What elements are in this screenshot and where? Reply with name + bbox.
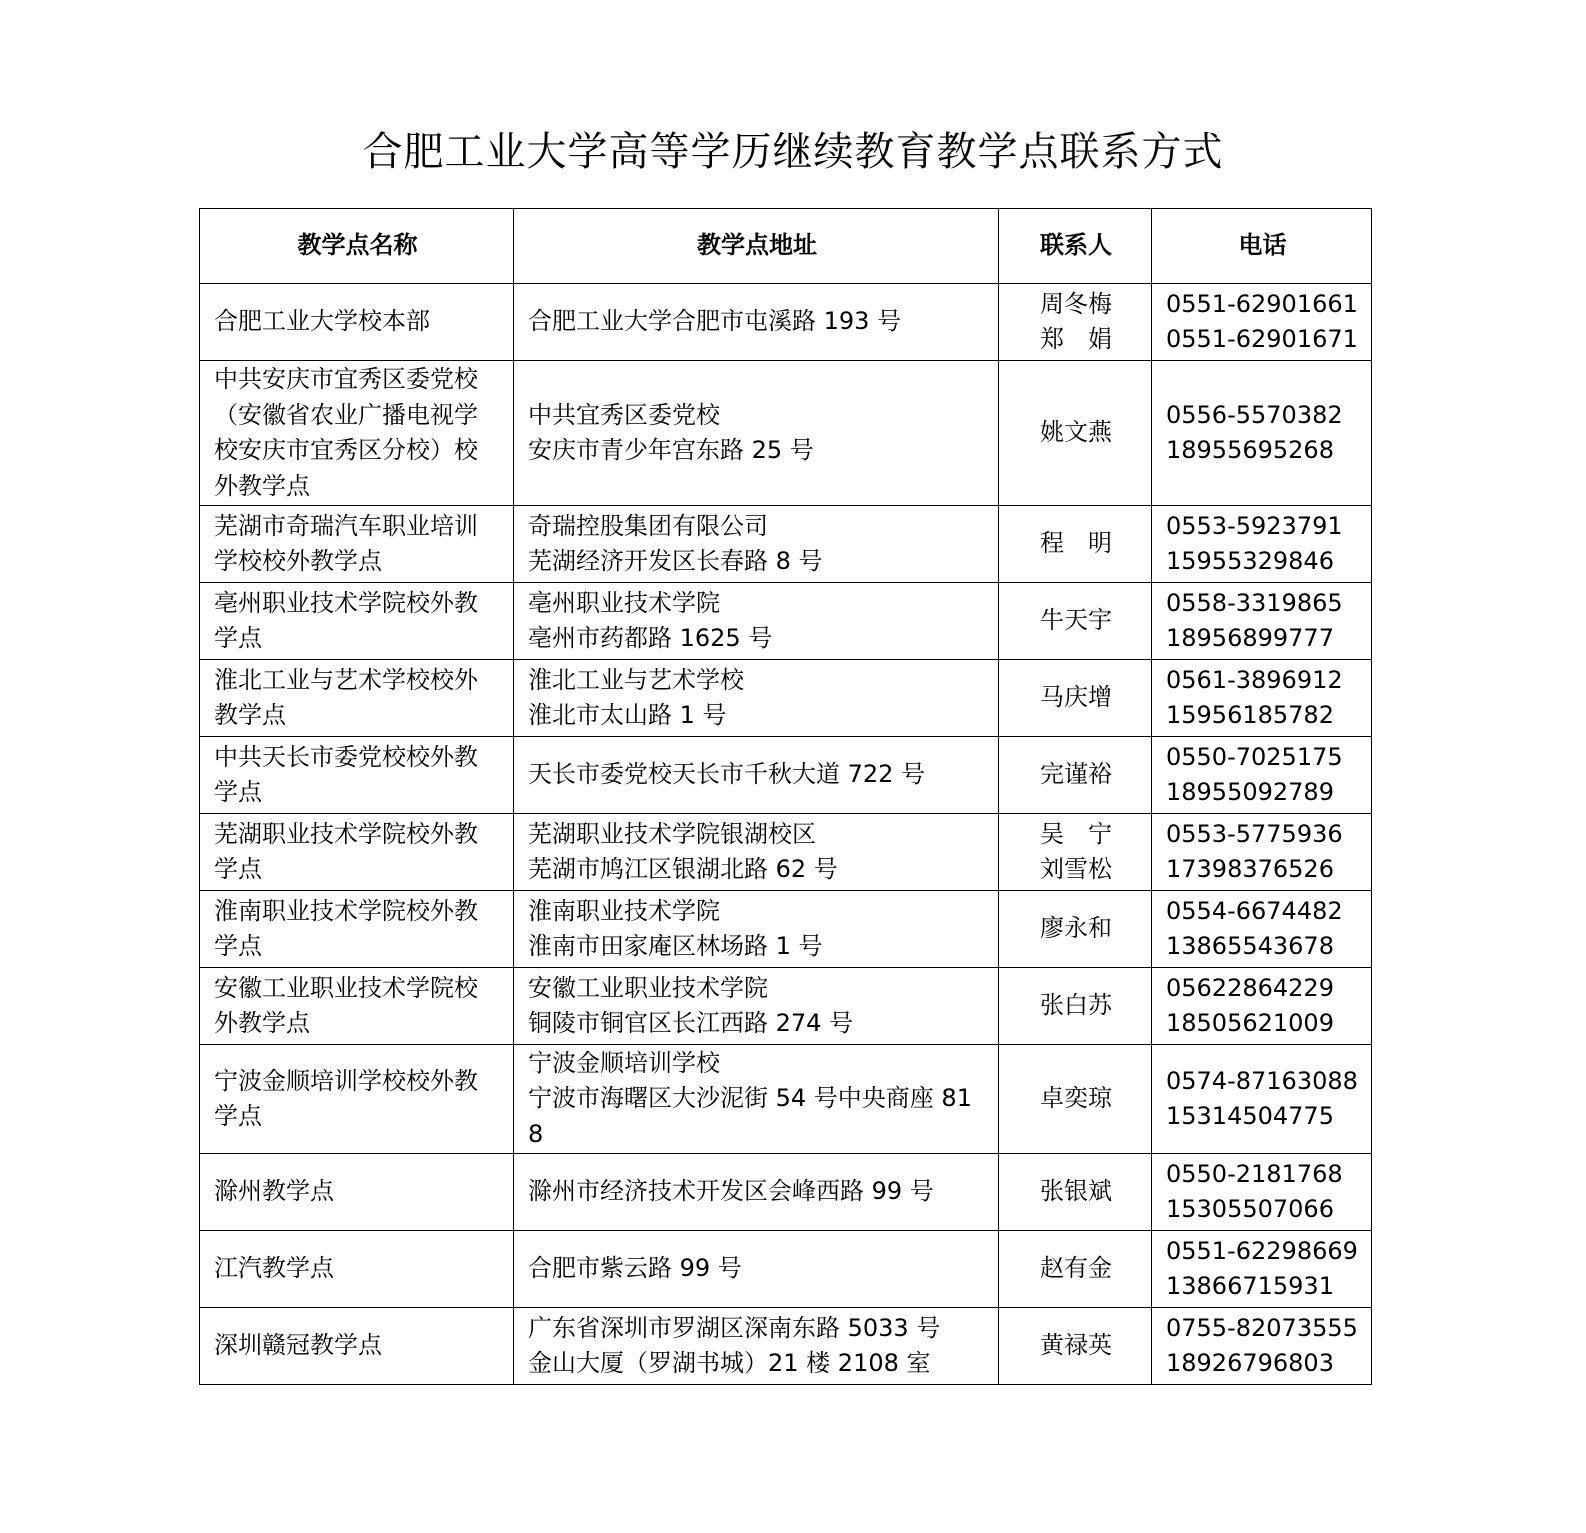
phone-number: 0554-6674482 (1166, 894, 1359, 930)
contact-name: 郑 娟 (1013, 322, 1139, 358)
cell-site-name: 芜湖市奇瑞汽车职业培训学校校外教学点 (200, 506, 514, 583)
contact-name: 黄禄英 (1013, 1328, 1139, 1364)
site-name-text: 淮北工业与艺术学校校外教学点 (214, 663, 501, 734)
cell-contact-person: 姚文燕 (999, 361, 1152, 506)
phone-number: 0755-82073555 (1166, 1311, 1359, 1347)
contact-name: 完谨裕 (1013, 757, 1139, 793)
cell-address: 滁州市经济技术开发区会峰西路 99 号 (514, 1154, 999, 1231)
cell-site-name: 亳州职业技术学院校外教学点 (200, 583, 514, 660)
cell-contact-person: 完谨裕 (999, 737, 1152, 814)
cell-contact-person: 牛天宇 (999, 583, 1152, 660)
cell-address: 淮北工业与艺术学校淮北市太山路 1 号 (514, 660, 999, 737)
phone-number: 18505621009 (1166, 1006, 1359, 1042)
cell-address: 广东省深圳市罗湖区深南东路 5033 号金山大厦（罗湖书城）21 楼 2108 … (514, 1308, 999, 1385)
table-header-row: 教学点名称 教学点地址 联系人 电话 (200, 209, 1372, 284)
cell-site-name: 安徽工业职业技术学院校外教学点 (200, 968, 514, 1045)
phone-number: 0551-62901671 (1166, 322, 1359, 358)
table-row: 淮南职业技术学院校外教学点淮南职业技术学院淮南市田家庵区林场路 1 号廖永和05… (200, 891, 1372, 968)
cell-address: 芜湖职业技术学院银湖校区芜湖市鸠江区银湖北路 62 号 (514, 814, 999, 891)
site-name-text: 滁州教学点 (214, 1174, 501, 1210)
table-row: 深圳赣冠教学点广东省深圳市罗湖区深南东路 5033 号金山大厦（罗湖书城）21 … (200, 1308, 1372, 1385)
address-line: 安徽工业职业技术学院 (528, 971, 986, 1007)
table-row: 安徽工业职业技术学院校外教学点安徽工业职业技术学院铜陵市铜官区长江西路 274 … (200, 968, 1372, 1045)
site-name-text: 安徽工业职业技术学院校外教学点 (214, 971, 501, 1042)
address-line: 滁州市经济技术开发区会峰西路 99 号 (528, 1174, 986, 1210)
cell-phone: 0556-557038218955695268 (1152, 361, 1372, 506)
contact-name: 廖永和 (1013, 911, 1139, 947)
cell-contact-person: 张白苏 (999, 968, 1152, 1045)
phone-number: 15956185782 (1166, 698, 1359, 734)
address-line: 中共宜秀区委党校 (528, 398, 986, 434)
cell-address: 安徽工业职业技术学院铜陵市铜官区长江西路 274 号 (514, 968, 999, 1045)
cell-contact-person: 吴 宁刘雪松 (999, 814, 1152, 891)
address-line: 亳州职业技术学院 (528, 586, 986, 622)
address-line: 亳州市药都路 1625 号 (528, 621, 986, 657)
contact-name: 周冬梅 (1013, 287, 1139, 323)
cell-address: 宁波金顺培训学校宁波市海曙区大沙泥街 54 号中央商座 818 (514, 1045, 999, 1154)
site-name-text: 中共天长市委党校校外教学点 (214, 740, 501, 811)
phone-number: 18955092789 (1166, 775, 1359, 811)
phone-number: 15314504775 (1166, 1099, 1359, 1135)
table-row: 合肥工业大学校本部合肥工业大学合肥市屯溪路 193 号周冬梅郑 娟0551-62… (200, 284, 1372, 361)
phone-number: 05622864229 (1166, 971, 1359, 1007)
address-line: 淮北工业与艺术学校 (528, 663, 986, 699)
cell-site-name: 江汽教学点 (200, 1231, 514, 1308)
header-address: 教学点地址 (514, 209, 999, 284)
address-line: 铜陵市铜官区长江西路 274 号 (528, 1006, 986, 1042)
address-line: 淮南市田家庵区林场路 1 号 (528, 929, 986, 965)
contact-table: 教学点名称 教学点地址 联系人 电话 合肥工业大学校本部合肥工业大学合肥市屯溪路… (199, 208, 1372, 1385)
address-line: 淮南职业技术学院 (528, 894, 986, 930)
address-line: 合肥市紫云路 99 号 (528, 1251, 986, 1287)
cell-address: 奇瑞控股集团有限公司芜湖经济开发区长春路 8 号 (514, 506, 999, 583)
table-row: 中共安庆市宜秀区委党校（安徽省农业广播电视学校安庆市宜秀区分校）校外教学点中共宜… (200, 361, 1372, 506)
address-line: 广东省深圳市罗湖区深南东路 5033 号 (528, 1311, 986, 1347)
phone-number: 15305507066 (1166, 1192, 1359, 1228)
phone-number: 0561-3896912 (1166, 663, 1359, 699)
cell-phone: 0553-592379115955329846 (1152, 506, 1372, 583)
site-name-text: 淮南职业技术学院校外教学点 (214, 894, 501, 965)
address-line: 金山大厦（罗湖书城）21 楼 2108 室 (528, 1346, 986, 1382)
cell-contact-person: 程 明 (999, 506, 1152, 583)
site-name-text: 亳州职业技术学院校外教学点 (214, 586, 501, 657)
address-line: 合肥工业大学合肥市屯溪路 193 号 (528, 304, 986, 340)
cell-phone: 0755-8207355518926796803 (1152, 1308, 1372, 1385)
table-row: 宁波金顺培训学校校外教学点宁波金顺培训学校宁波市海曙区大沙泥街 54 号中央商座… (200, 1045, 1372, 1154)
cell-contact-person: 马庆增 (999, 660, 1152, 737)
cell-address: 合肥市紫云路 99 号 (514, 1231, 999, 1308)
contact-name: 程 明 (1013, 526, 1139, 562)
cell-contact-person: 周冬梅郑 娟 (999, 284, 1152, 361)
contact-name: 刘雪松 (1013, 852, 1139, 888)
cell-address: 中共宜秀区委党校安庆市青少年宫东路 25 号 (514, 361, 999, 506)
cell-site-name: 淮南职业技术学院校外教学点 (200, 891, 514, 968)
site-name-text: 江汽教学点 (214, 1251, 501, 1287)
phone-number: 0558-3319865 (1166, 586, 1359, 622)
cell-contact-person: 廖永和 (999, 891, 1152, 968)
cell-site-name: 芜湖职业技术学院校外教学点 (200, 814, 514, 891)
cell-contact-person: 黄禄英 (999, 1308, 1152, 1385)
phone-number: 18926796803 (1166, 1346, 1359, 1382)
cell-site-name: 合肥工业大学校本部 (200, 284, 514, 361)
phone-number: 13865543678 (1166, 929, 1359, 965)
table-row: 淮北工业与艺术学校校外教学点淮北工业与艺术学校淮北市太山路 1 号马庆增0561… (200, 660, 1372, 737)
table-row: 滁州教学点滁州市经济技术开发区会峰西路 99 号张银斌0550-21817681… (200, 1154, 1372, 1231)
cell-site-name: 滁州教学点 (200, 1154, 514, 1231)
contact-name: 张白苏 (1013, 988, 1139, 1024)
table-row: 芜湖市奇瑞汽车职业培训学校校外教学点奇瑞控股集团有限公司芜湖经济开发区长春路 8… (200, 506, 1372, 583)
address-line: 芜湖市鸠江区银湖北路 62 号 (528, 852, 986, 888)
address-line: 芜湖经济开发区长春路 8 号 (528, 544, 986, 580)
cell-phone: 0558-331986518956899777 (1152, 583, 1372, 660)
cell-phone: 0553-577593617398376526 (1152, 814, 1372, 891)
cell-phone: 0550-218176815305507066 (1152, 1154, 1372, 1231)
cell-contact-person: 赵有金 (999, 1231, 1152, 1308)
site-name-text: 中共安庆市宜秀区委党校（安徽省农业广播电视学校安庆市宜秀区分校）校外教学点 (214, 362, 501, 504)
cell-address: 淮南职业技术学院淮南市田家庵区林场路 1 号 (514, 891, 999, 968)
phone-number: 0553-5923791 (1166, 509, 1359, 545)
cell-site-name: 淮北工业与艺术学校校外教学点 (200, 660, 514, 737)
contact-name: 赵有金 (1013, 1251, 1139, 1287)
cell-phone: 0562286422918505621009 (1152, 968, 1372, 1045)
phone-number: 0556-5570382 (1166, 398, 1359, 434)
contact-name: 卓奕琼 (1013, 1081, 1139, 1117)
header-name: 教学点名称 (200, 209, 514, 284)
phone-number: 18956899777 (1166, 621, 1359, 657)
cell-site-name: 宁波金顺培训学校校外教学点 (200, 1045, 514, 1154)
phone-number: 0553-5775936 (1166, 817, 1359, 853)
contact-name: 牛天宇 (1013, 603, 1139, 639)
site-name-text: 深圳赣冠教学点 (214, 1328, 501, 1364)
header-contact: 联系人 (999, 209, 1152, 284)
cell-phone: 0550-702517518955092789 (1152, 737, 1372, 814)
phone-number: 0550-7025175 (1166, 740, 1359, 776)
cell-site-name: 中共天长市委党校校外教学点 (200, 737, 514, 814)
phone-number: 0551-62901661 (1166, 287, 1359, 323)
table-body: 合肥工业大学校本部合肥工业大学合肥市屯溪路 193 号周冬梅郑 娟0551-62… (200, 284, 1372, 1385)
address-line: 安庆市青少年宫东路 25 号 (528, 433, 986, 469)
cell-address: 天长市委党校天长市千秋大道 722 号 (514, 737, 999, 814)
site-name-text: 宁波金顺培训学校校外教学点 (214, 1064, 501, 1135)
cell-address: 亳州职业技术学院亳州市药都路 1625 号 (514, 583, 999, 660)
contact-name: 姚文燕 (1013, 415, 1139, 451)
cell-phone: 0551-6229866913866715931 (1152, 1231, 1372, 1308)
site-name-text: 芜湖市奇瑞汽车职业培训学校校外教学点 (214, 509, 501, 580)
cell-phone: 0574-8716308815314504775 (1152, 1045, 1372, 1154)
phone-number: 17398376526 (1166, 852, 1359, 888)
table-row: 中共天长市委党校校外教学点天长市委党校天长市千秋大道 722 号完谨裕0550-… (200, 737, 1372, 814)
address-line: 芜湖职业技术学院银湖校区 (528, 817, 986, 853)
address-line: 奇瑞控股集团有限公司 (528, 509, 986, 545)
phone-number: 13866715931 (1166, 1269, 1359, 1305)
contact-name: 张银斌 (1013, 1174, 1139, 1210)
phone-number: 0551-62298669 (1166, 1234, 1359, 1270)
phone-number: 18955695268 (1166, 433, 1359, 469)
site-name-text: 合肥工业大学校本部 (214, 304, 501, 340)
contact-name: 马庆增 (1013, 680, 1139, 716)
table-row: 亳州职业技术学院校外教学点亳州职业技术学院亳州市药都路 1625 号牛天宇055… (200, 583, 1372, 660)
cell-site-name: 深圳赣冠教学点 (200, 1308, 514, 1385)
cell-address: 合肥工业大学合肥市屯溪路 193 号 (514, 284, 999, 361)
header-phone: 电话 (1152, 209, 1372, 284)
address-line: 天长市委党校天长市千秋大道 722 号 (528, 757, 986, 793)
phone-number: 0574-87163088 (1166, 1064, 1359, 1100)
cell-phone: 0561-389691215956185782 (1152, 660, 1372, 737)
table-row: 芜湖职业技术学院校外教学点芜湖职业技术学院银湖校区芜湖市鸠江区银湖北路 62 号… (200, 814, 1372, 891)
table-row: 江汽教学点合肥市紫云路 99 号赵有金0551-6229866913866715… (200, 1231, 1372, 1308)
address-line: 宁波金顺培训学校 (528, 1046, 986, 1082)
cell-contact-person: 张银斌 (999, 1154, 1152, 1231)
cell-contact-person: 卓奕琼 (999, 1045, 1152, 1154)
phone-number: 0550-2181768 (1166, 1157, 1359, 1193)
contact-name: 吴 宁 (1013, 817, 1139, 853)
page-title: 合肥工业大学高等学历继续教育教学点联系方式 (0, 122, 1586, 182)
phone-number: 15955329846 (1166, 544, 1359, 580)
site-name-text: 芜湖职业技术学院校外教学点 (214, 817, 501, 888)
address-line: 淮北市太山路 1 号 (528, 698, 986, 734)
cell-phone: 0551-629016610551-62901671 (1152, 284, 1372, 361)
cell-phone: 0554-667448213865543678 (1152, 891, 1372, 968)
address-line: 宁波市海曙区大沙泥街 54 号中央商座 818 (528, 1081, 986, 1152)
cell-site-name: 中共安庆市宜秀区委党校（安徽省农业广播电视学校安庆市宜秀区分校）校外教学点 (200, 361, 514, 506)
